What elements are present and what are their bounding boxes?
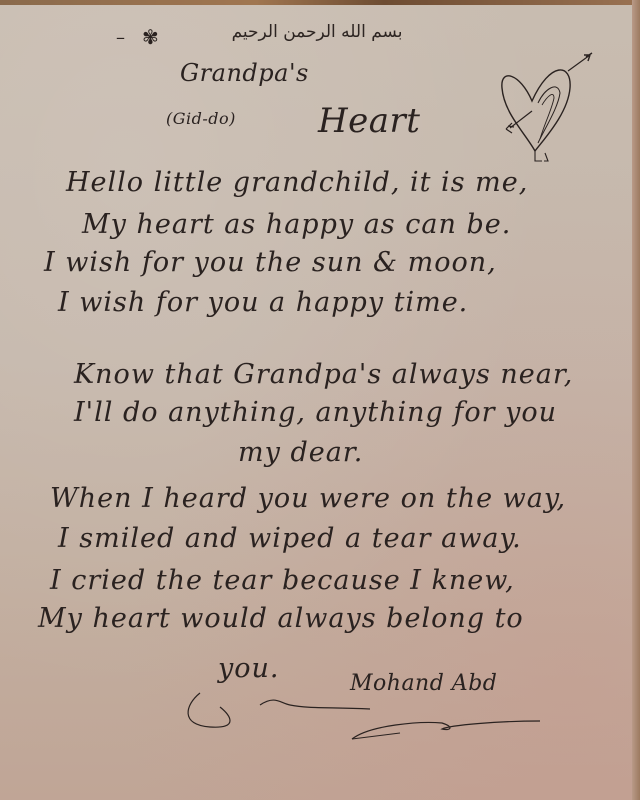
basmala-header: بسم الله الرحمن الرحيم — [172, 22, 462, 42]
poem-line: I wish for you a happy time. — [58, 287, 468, 318]
heart-arrow-doodle-icon — [490, 43, 610, 173]
poem-line: I cried the tear because I knew, — [50, 565, 515, 596]
poem-line: I smiled and wiped a tear away. — [58, 523, 522, 554]
title-line-2: Heart — [318, 101, 420, 141]
paper-sheet: – ✾ بسم الله الرحمن الرحيم Grandpa's (Gi… — [0, 5, 633, 800]
poem-line: my dear. — [238, 437, 363, 468]
photo: – ✾ بسم الله الرحمن الرحيم Grandpa's (Gi… — [0, 0, 640, 800]
title-line-1: Grandpa's — [180, 59, 309, 87]
poem-line: I wish for you the sun & moon, — [44, 247, 497, 278]
poem-line: Hello little grandchild, it is me, — [66, 167, 528, 198]
flower-icon: ✾ — [142, 25, 159, 49]
signature-flourish-icon — [180, 685, 560, 745]
paper-edge-shadow — [632, 0, 640, 800]
poem-line: you. — [218, 653, 279, 684]
poem-line: My heart as happy as can be. — [82, 209, 511, 240]
poem-line: Know that Grandpa's always near, — [74, 359, 573, 390]
header-dash: – — [116, 27, 126, 48]
poem-line: My heart would always belong to — [38, 603, 524, 634]
title-nickname: (Gid-do) — [166, 109, 236, 128]
poem-line: When I heard you were on the way, — [50, 483, 566, 514]
poem-line: I'll do anything, anything for you — [74, 397, 557, 428]
